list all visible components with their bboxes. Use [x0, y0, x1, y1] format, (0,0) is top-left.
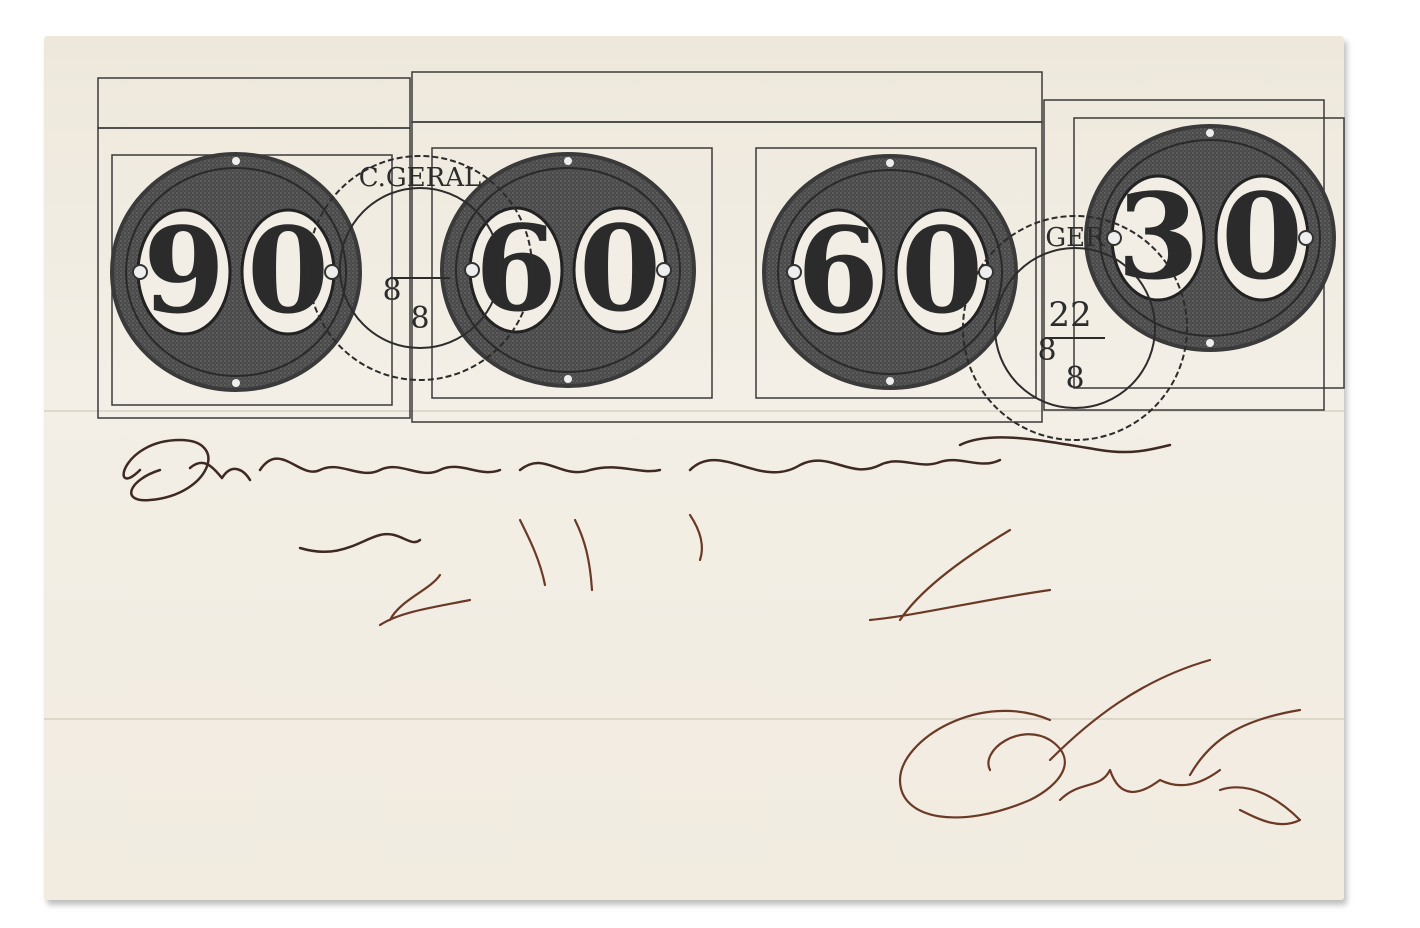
svg-text:0: 0: [247, 201, 329, 340]
stamp-30: 30: [1086, 126, 1334, 350]
svg-text:8: 8: [410, 301, 429, 336]
cover-artwork: 90606030 C.GERAL88GER2288: [0, 0, 1420, 928]
svg-text:8: 8: [1065, 361, 1084, 396]
handwriting-stroke: [300, 534, 420, 552]
svg-text:C.GERAL: C.GERAL: [359, 163, 482, 193]
svg-text:8: 8: [382, 273, 401, 308]
svg-text:GER: GER: [1045, 223, 1106, 253]
handwriting-stroke: [1190, 710, 1300, 775]
handwriting-stroke: [260, 459, 500, 473]
handwriting-stroke: [900, 711, 1065, 818]
svg-text:3: 3: [1117, 167, 1199, 306]
svg-text:6: 6: [797, 201, 879, 340]
handwriting-stroke: [690, 460, 1000, 472]
handwriting-stroke: [1220, 787, 1300, 824]
stamp-90: 90: [112, 154, 360, 390]
svg-text:9: 9: [143, 201, 225, 340]
handwriting-stroke: [124, 440, 209, 500]
handwriting-stroke: [520, 463, 660, 472]
handwriting-stroke: [870, 530, 1050, 620]
svg-text:0: 0: [901, 201, 983, 340]
svg-text:6: 6: [475, 199, 557, 338]
handwriting-stroke: [690, 515, 702, 560]
svg-text:22: 22: [1048, 295, 1091, 335]
handwriting-stroke: [380, 575, 470, 625]
handwriting-stroke: [575, 520, 592, 590]
svg-text:0: 0: [1221, 167, 1303, 306]
svg-text:8: 8: [1037, 333, 1056, 368]
svg-text:0: 0: [579, 199, 661, 338]
handwriting-stroke: [520, 520, 545, 585]
handwriting-stroke: [1060, 770, 1220, 800]
handwriting-stroke: [1050, 660, 1210, 760]
